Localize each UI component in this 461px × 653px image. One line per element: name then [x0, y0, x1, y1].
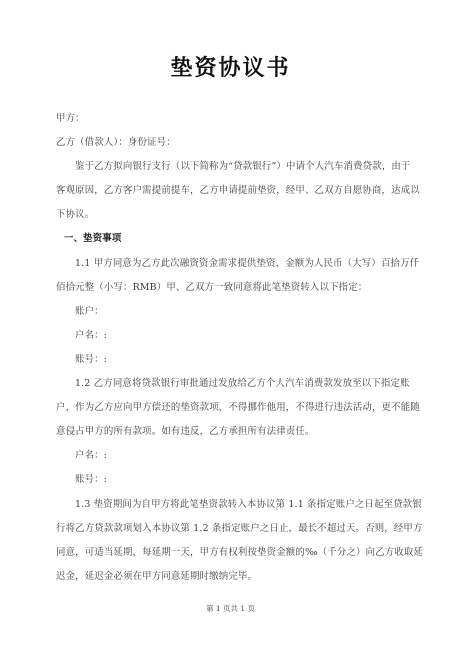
clause-1-1-line: 1.1 甲方同意为乙方此次融资资金需求提供垫资，金额为人民币（大写）百拾万仟	[56, 252, 408, 276]
preamble-line: 客观原因，乙方客户需提前提车，乙方申请提前垫资，经甲、乙双方自愿协商，达成以	[56, 179, 408, 203]
clause-1-1-line: 佰拾元整（小写：RMB）甲、乙双方一致同意将此笔垫资转入以下指定：	[56, 276, 408, 300]
clause-1-3-line: 行将乙方贷款款项划入本协议第 1.2 条指定账户之日止，最长不超过天。否则，经甲…	[56, 517, 408, 541]
account-name-label: 户名：:	[56, 324, 408, 348]
document-body: 甲方： 乙方（借款人）：身份证号： 鉴于乙方拟向银行支行（以下简称为“贷款银行”…	[56, 107, 408, 589]
account-number-label: 账号：:	[56, 348, 408, 372]
section-heading: 一、垫资事项	[56, 227, 408, 251]
account-label: 账户：	[56, 300, 408, 324]
clause-1-3-line: 迟金，延迟金必须在甲方同意延期时缴纳完毕。	[56, 565, 408, 589]
clause-1-2-line: 1.2 乙方同意将贷款银行审批通过发放给乙方个人汽车消费款发放至以下指定账	[56, 372, 408, 396]
clause-1-3-line: 1.3 垫资期间为自甲方将此笔垫资款转入本协议第 1.1 条指定账户之日起至贷款…	[56, 493, 408, 517]
clause-1-2-line: 意侵占甲方的所有款项。如有违反，乙方承担所有法律责任。	[56, 420, 408, 444]
preamble-line: 下协议。	[56, 203, 408, 227]
clause-1-2-line: 户，作为乙方应向甲方偿还的垫资款项，不得挪作他用，不得进行违法活动，更不能随	[56, 396, 408, 420]
account-number-label: 账号：:	[56, 468, 408, 492]
document-page: 垫资协议书 甲方： 乙方（借款人）：身份证号： 鉴于乙方拟向银行支行（以下简称为…	[0, 0, 461, 653]
page-footer: 第 1 页共 1 页	[0, 603, 461, 614]
party-a-line: 甲方：	[56, 107, 408, 131]
party-b-line: 乙方（借款人）：身份证号：	[56, 131, 408, 155]
clause-1-3-line: 同意，可适当延期，每延期一天，甲方有权利按垫资金额的‰（千分之）向乙方收取延	[56, 541, 408, 565]
account-name-label: 户名：:	[56, 444, 408, 468]
preamble-line: 鉴于乙方拟向银行支行（以下简称为“贷款银行”）中请个人汽车消费贷款，由于	[56, 155, 408, 179]
document-title: 垫资协议书	[0, 54, 461, 84]
